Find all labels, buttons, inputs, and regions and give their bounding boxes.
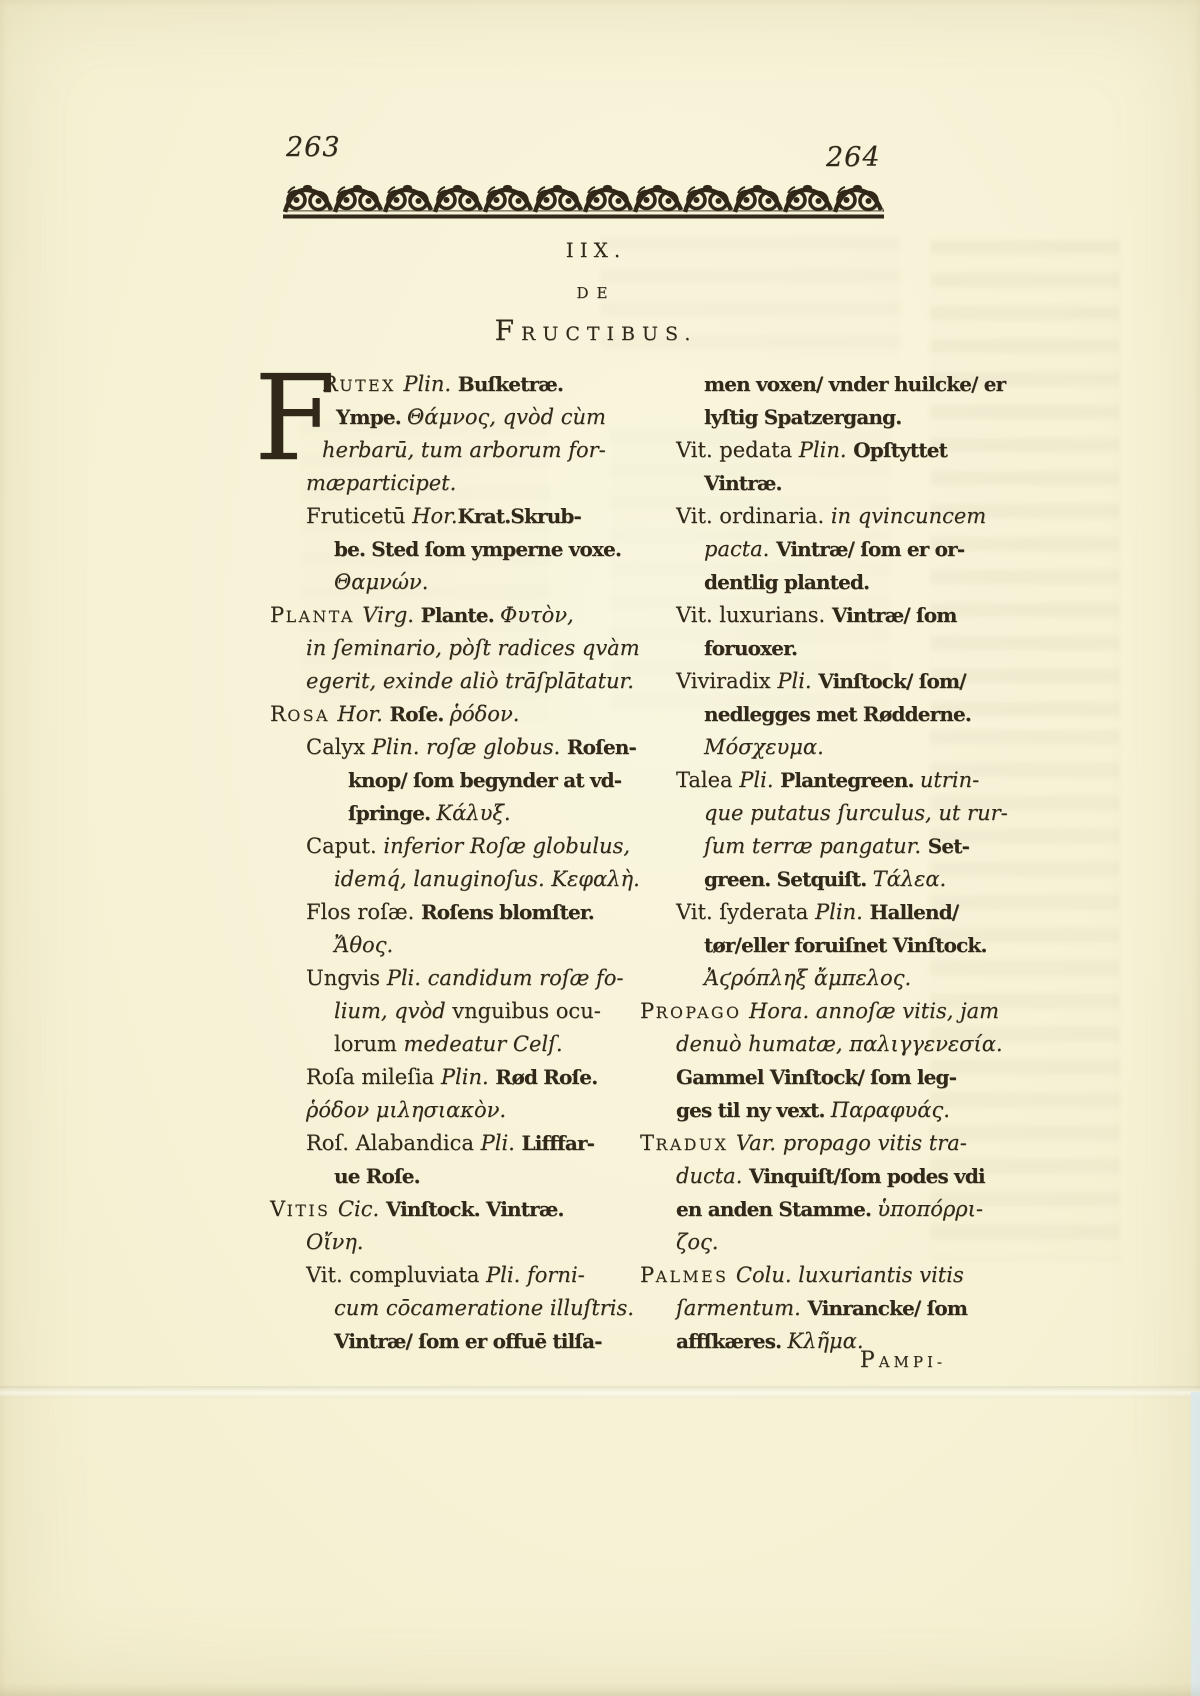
text-line: Fruticetū Hor.Krat.Skrub- — [270, 500, 606, 533]
text-segment-fr: dentlig planted. — [704, 570, 869, 594]
text-segment-fr: Plantegreen. — [780, 768, 920, 792]
text-line: idemq́, lanuginoſus. Κεφαλὴ. — [270, 863, 606, 896]
text-segment-gk: Κάλυξ. — [436, 801, 510, 825]
text-segment-fr: Buſketræ. — [458, 372, 563, 396]
text-line: PLANTA Virg. Plante. Φυτὸν, — [270, 599, 606, 632]
text-segment-rm: lorum — [334, 1032, 404, 1056]
text-segment-sc: UTEX — [339, 376, 403, 395]
text-segment-it: Virg. — [362, 603, 420, 627]
text-segment-cap: P — [270, 603, 286, 627]
text-segment-fr: ſpringe. — [348, 801, 436, 825]
text-segment-rm: Vit. luxurians. — [676, 603, 832, 627]
text-segment-it: Pli. — [777, 669, 818, 693]
text-line: lyſtig Spatzergang. — [640, 401, 976, 434]
text-segment-sc: RADUX — [656, 1135, 736, 1154]
text-segment-it: Plin. — [815, 900, 869, 924]
text-segment-fr: men voxen/ vnder huilcke/ er — [704, 372, 1005, 396]
text-segment-it: Plin. — [441, 1065, 495, 1089]
text-segment-gk: Θαμνών. — [334, 570, 428, 594]
text-segment-gk: ὑποπόρρι- — [877, 1197, 983, 1221]
text-segment-rm: Caput. — [306, 834, 383, 858]
chapter-number: IIX. — [258, 238, 934, 262]
text-segment-rm: Fruticetū — [306, 504, 412, 528]
text-segment-it: Colu. luxuriantis vitis — [736, 1263, 964, 1287]
text-segment-rm: Viviradix — [676, 669, 777, 693]
text-segment-fr: Ympe. — [336, 405, 407, 429]
text-segment-rm: Vit. compluviata — [306, 1263, 486, 1287]
text-segment-rm: Ungvis — [306, 966, 387, 990]
text-segment-gk: Τάλεα. — [873, 867, 947, 891]
text-segment-gk: Φυτὸν, — [500, 603, 574, 627]
text-segment-gk: ῥόδον μιλησιακὸν. — [306, 1098, 506, 1122]
text-line: ue Roſe. — [270, 1160, 606, 1193]
text-line: Θαμνών. — [270, 566, 606, 599]
text-line: Vit. luxurians. Vintræ/ ſom — [640, 599, 976, 632]
text-line: TRADUX Var. propago vitis tra- — [640, 1127, 976, 1160]
text-line: Flos roſæ. Roſens blomſter. — [270, 896, 606, 929]
column-left: F RUTEX Plin. Buſketræ.Ympe. Θάμνος, qvò… — [270, 368, 606, 1358]
text-segment-it: cum cōcameratione illuſtris. — [334, 1296, 634, 1320]
text-line: Roſ. Alabandica Pli. Lifffar- — [270, 1127, 606, 1160]
dropcap-letter: F — [254, 372, 336, 464]
text-segment-cap: R — [270, 702, 287, 726]
text-line: Vit. pedata Plin. Opſtyttet — [640, 434, 976, 467]
text-segment-gk: Μόσχευμα. — [704, 735, 824, 759]
text-segment-gk: Ἄθος. — [334, 933, 393, 957]
text-line: lorum medeatur Celſ. — [270, 1028, 606, 1061]
scanner-edge-artifact — [1191, 1392, 1200, 1696]
text-line: Calyx Plin. roſæ globus. Roſen- — [270, 731, 606, 764]
text-line: egerit, exinde aliò trāſplātatur. — [270, 665, 606, 698]
text-segment-fr: Opſtyttet — [853, 438, 947, 462]
text-segment-it: inferior Roſæ globulus, — [383, 834, 630, 858]
text-line: VITIS Cic. Vinſtock. Vintræ. — [270, 1193, 606, 1226]
woodcut-ornament-band — [283, 181, 884, 222]
text-line: Vintræ. — [640, 467, 976, 500]
text-segment-gk: Παραφυάς. — [831, 1098, 950, 1122]
text-line: foruoxer. — [640, 632, 976, 665]
book-page-scan: 263 264 IIX. DE Fructibus. F RUTEX — [0, 0, 1200, 1696]
text-segment-rm: Talea — [676, 768, 739, 792]
text-segment-cap: P — [640, 999, 656, 1023]
text-segment-it: Hora. annoſæ vitis, jam — [749, 999, 999, 1023]
text-segment-fr: foruoxer. — [704, 636, 797, 660]
text-segment-fr: Vintræ/ ſom — [832, 603, 957, 627]
text-segment-it: Var. propago vitis tra- — [736, 1131, 967, 1155]
text-segment-fr: Krat.Skrub- — [458, 504, 582, 528]
text-segment-fr: Roſen- — [567, 735, 636, 759]
text-line: Ἀϛρόπληξ ἄμπελος. — [640, 962, 976, 995]
text-line: pacta. Vintræ/ ſom er or- — [640, 533, 976, 566]
text-line: nedlegges met Rødderne. — [640, 698, 976, 731]
text-line: Μόσχευμα. — [640, 731, 976, 764]
text-segment-gk: Οἴνη. — [306, 1230, 363, 1254]
text-segment-fr: Vintræ/ ſom er or- — [776, 537, 964, 561]
text-segment-sc: LANTA — [286, 607, 363, 626]
text-line: tør/eller foruiſnet Vinſtock. — [640, 929, 976, 962]
text-line: PROPAGO Hora. annoſæ vitis, jam — [640, 995, 976, 1028]
page-fold-line — [0, 1386, 1200, 1398]
text-segment-it: Cic. — [338, 1197, 386, 1221]
text-segment-gk: Θάμνος, — [407, 405, 503, 429]
text-line: Caput. inferior Roſæ globulus, — [270, 830, 606, 863]
page-bottom-shade — [0, 1682, 1200, 1696]
text-segment-fr: ue Roſe. — [334, 1164, 420, 1188]
text-segment-it: lium, qvòd — [334, 999, 452, 1023]
chapter-section-label: DE — [258, 284, 934, 302]
text-line: ſarmentum. Vinrancke/ ſom — [640, 1292, 976, 1325]
text-line: Οἴνη. — [270, 1226, 606, 1259]
text-line: green. Setquiſt. Τάλεα. — [640, 863, 976, 896]
text-segment-fr: Vinſtock. Vintræ. — [386, 1197, 564, 1221]
text-line: Vintræ/ ſom er offuē tilſa- — [270, 1325, 606, 1358]
text-segment-it: idemq́, lanuginoſus. — [334, 867, 551, 891]
text-segment-gk: ζος. — [676, 1230, 718, 1254]
text-segment-it: Plin. roſæ globus. — [372, 735, 567, 759]
text-segment-it: que putatus ſurculus, ut rur- — [704, 801, 1008, 825]
text-segment-fr: Set- — [928, 834, 969, 858]
text-line: lium, qvòd vnguibus ocu- — [270, 995, 606, 1028]
text-line: men voxen/ vnder huilcke/ er — [640, 368, 976, 401]
text-line: que putatus ſurculus, ut rur- — [640, 797, 976, 830]
text-segment-it: utrin- — [920, 768, 979, 792]
text-segment-it: Pli. — [481, 1131, 522, 1155]
text-segment-sc: ITIS — [287, 1201, 338, 1220]
text-line: dentlig planted. — [640, 566, 976, 599]
text-line: knop/ ſom begynder at vd- — [270, 764, 606, 797]
text-segment-fr: ges til ny vext. — [676, 1098, 831, 1122]
chapter-title: Fructibus. — [258, 314, 934, 347]
text-segment-it: ſum terræ pangatur. — [704, 834, 928, 858]
text-segment-fr: Roſe. — [389, 702, 449, 726]
text-segment-rm: Vit. ſyderata — [676, 900, 815, 924]
text-segment-rm: Vit. ordinaria. — [676, 504, 831, 528]
text-line: in ſeminario, pòſt radices qvàm — [270, 632, 606, 665]
text-line: cum cōcameratione illuſtris. — [270, 1292, 606, 1325]
text-segment-sc: ALMES — [656, 1267, 736, 1286]
catchword: Pampi- — [640, 1348, 946, 1373]
text-line: Ἄθος. — [270, 929, 606, 962]
text-segment-it: Pli. candidum roſæ fo- — [387, 966, 624, 990]
text-segment-sc: OSA — [287, 706, 337, 725]
text-segment-fr: Lifffar- — [522, 1131, 595, 1155]
text-segment-it: ſarmentum. — [676, 1296, 807, 1320]
text-line: Gammel Vinſtock/ ſom leg- — [640, 1061, 976, 1094]
text-segment-rm: vnguibus ocu- — [452, 999, 601, 1023]
text-segment-fr: Vinrancke/ ſom — [807, 1296, 967, 1320]
text-segment-rm: Vit. pedata — [676, 438, 799, 462]
text-line: Talea Pli. Plantegreen. utrin- — [640, 764, 976, 797]
text-segment-fr: Vinquiſt/ſom podes vdi — [749, 1164, 985, 1188]
text-segment-it: ducta. — [676, 1164, 749, 1188]
text-segment-rm: Roſ. Alabandica — [306, 1131, 481, 1155]
text-segment-gk: παλιγγενεσία. — [849, 1032, 1002, 1056]
text-segment-fr: Vinſtock/ ſom/ — [818, 669, 966, 693]
text-segment-gk: ῥόδον. — [450, 702, 520, 726]
text-segment-it: denuò humatæ, — [676, 1032, 849, 1056]
text-segment-rm: Roſa mileſia — [306, 1065, 441, 1089]
text-segment-fr: lyſtig Spatzergang. — [704, 405, 901, 429]
text-segment-fr: knop/ ſom begynder at vd- — [348, 768, 621, 792]
text-segment-fr: en anden Stamme. — [676, 1197, 877, 1221]
text-line: ſum terræ pangatur. Set- — [640, 830, 976, 863]
text-line: ζος. — [640, 1226, 976, 1259]
text-segment-sc: ROPAGO — [656, 1003, 749, 1022]
text-segment-fr: Hallend/ — [869, 900, 958, 924]
text-segment-it: Plin. — [403, 372, 457, 396]
text-segment-fr: Rød Roſe. — [495, 1065, 597, 1089]
text-segment-it: Pli. forni- — [486, 1263, 585, 1287]
text-segment-fr: be. Sted ſom ymperne voxe. — [334, 537, 621, 561]
text-segment-it: Hor. — [412, 504, 457, 528]
text-segment-fr: Roſens blomſter. — [421, 900, 594, 924]
text-segment-cap: T — [640, 1131, 656, 1155]
text-line: ROSA Hor. Roſe. ῥόδον. — [270, 698, 606, 731]
text-line: Vit. ordinaria. in qvincuncem — [640, 500, 976, 533]
text-segment-it: Plin. — [799, 438, 853, 462]
text-line: Vit. compluviata Pli. forni- — [270, 1259, 606, 1292]
text-segment-rm: Calyx — [306, 735, 372, 759]
text-segment-it: herbarū, tum arborum for- — [322, 438, 606, 462]
text-segment-it: in ſeminario, pòſt radices qvàm — [306, 636, 640, 660]
text-segment-gk: Κεφαλὴ. — [551, 867, 639, 891]
text-segment-gk: Ἀϛρόπληξ ἄμπελος. — [704, 966, 911, 990]
text-segment-fr: green. Setquiſt. — [704, 867, 873, 891]
folio-number-right: 264 — [826, 142, 881, 173]
text-line: ges til ny vext. Παραφυάς. — [640, 1094, 976, 1127]
text-segment-cap: P — [640, 1263, 656, 1287]
text-segment-cap: V — [270, 1197, 287, 1221]
text-segment-fr: Gammel Vinſtock/ ſom leg- — [676, 1065, 956, 1089]
text-line: ducta. Vinquiſt/ſom podes vdi — [640, 1160, 976, 1193]
text-line: ſpringe. Κάλυξ. — [270, 797, 606, 830]
text-line: Roſa mileſia Plin. Rød Roſe. — [270, 1061, 606, 1094]
text-segment-it: egerit, exinde aliò trāſplātatur. — [306, 669, 634, 693]
text-line: denuò humatæ, παλιγγενεσία. — [640, 1028, 976, 1061]
text-segment-it: Pli. — [739, 768, 780, 792]
text-segment-it: medeatur Celſ. — [404, 1032, 563, 1056]
text-segment-it: in qvincuncem — [831, 504, 986, 528]
text-segment-fr: nedlegges met Rødderne. — [704, 702, 971, 726]
text-segment-fr: Vintræ/ ſom er offuē tilſa- — [334, 1329, 602, 1353]
folio-number-left: 263 — [286, 132, 341, 163]
text-line: en anden Stamme. ὑποπόρρι- — [640, 1193, 976, 1226]
text-segment-fr: tør/eller foruiſnet Vinſtock. — [704, 933, 987, 957]
text-line: PALMES Colu. luxuriantis vitis — [640, 1259, 976, 1292]
text-line: Vit. ſyderata Plin. Hallend/ — [640, 896, 976, 929]
column-right: men voxen/ vnder huilcke/ erlyſtig Spatz… — [640, 368, 976, 1358]
text-segment-fr: Plante. — [421, 603, 500, 627]
text-segment-it: Hor. — [337, 702, 389, 726]
text-line: ῥόδον μιλησιακὸν. — [270, 1094, 606, 1127]
text-line: Viviradix Pli. Vinſtock/ ſom/ — [640, 665, 976, 698]
text-line: be. Sted ſom ymperne voxe. — [270, 533, 606, 566]
text-segment-rm: Flos roſæ. — [306, 900, 421, 924]
text-segment-fr: Vintræ. — [704, 471, 782, 495]
text-segment-it: pacta. — [704, 537, 776, 561]
text-line: Ungvis Pli. candidum roſæ fo- — [270, 962, 606, 995]
text-segment-it: qvòd cùm — [503, 405, 606, 429]
